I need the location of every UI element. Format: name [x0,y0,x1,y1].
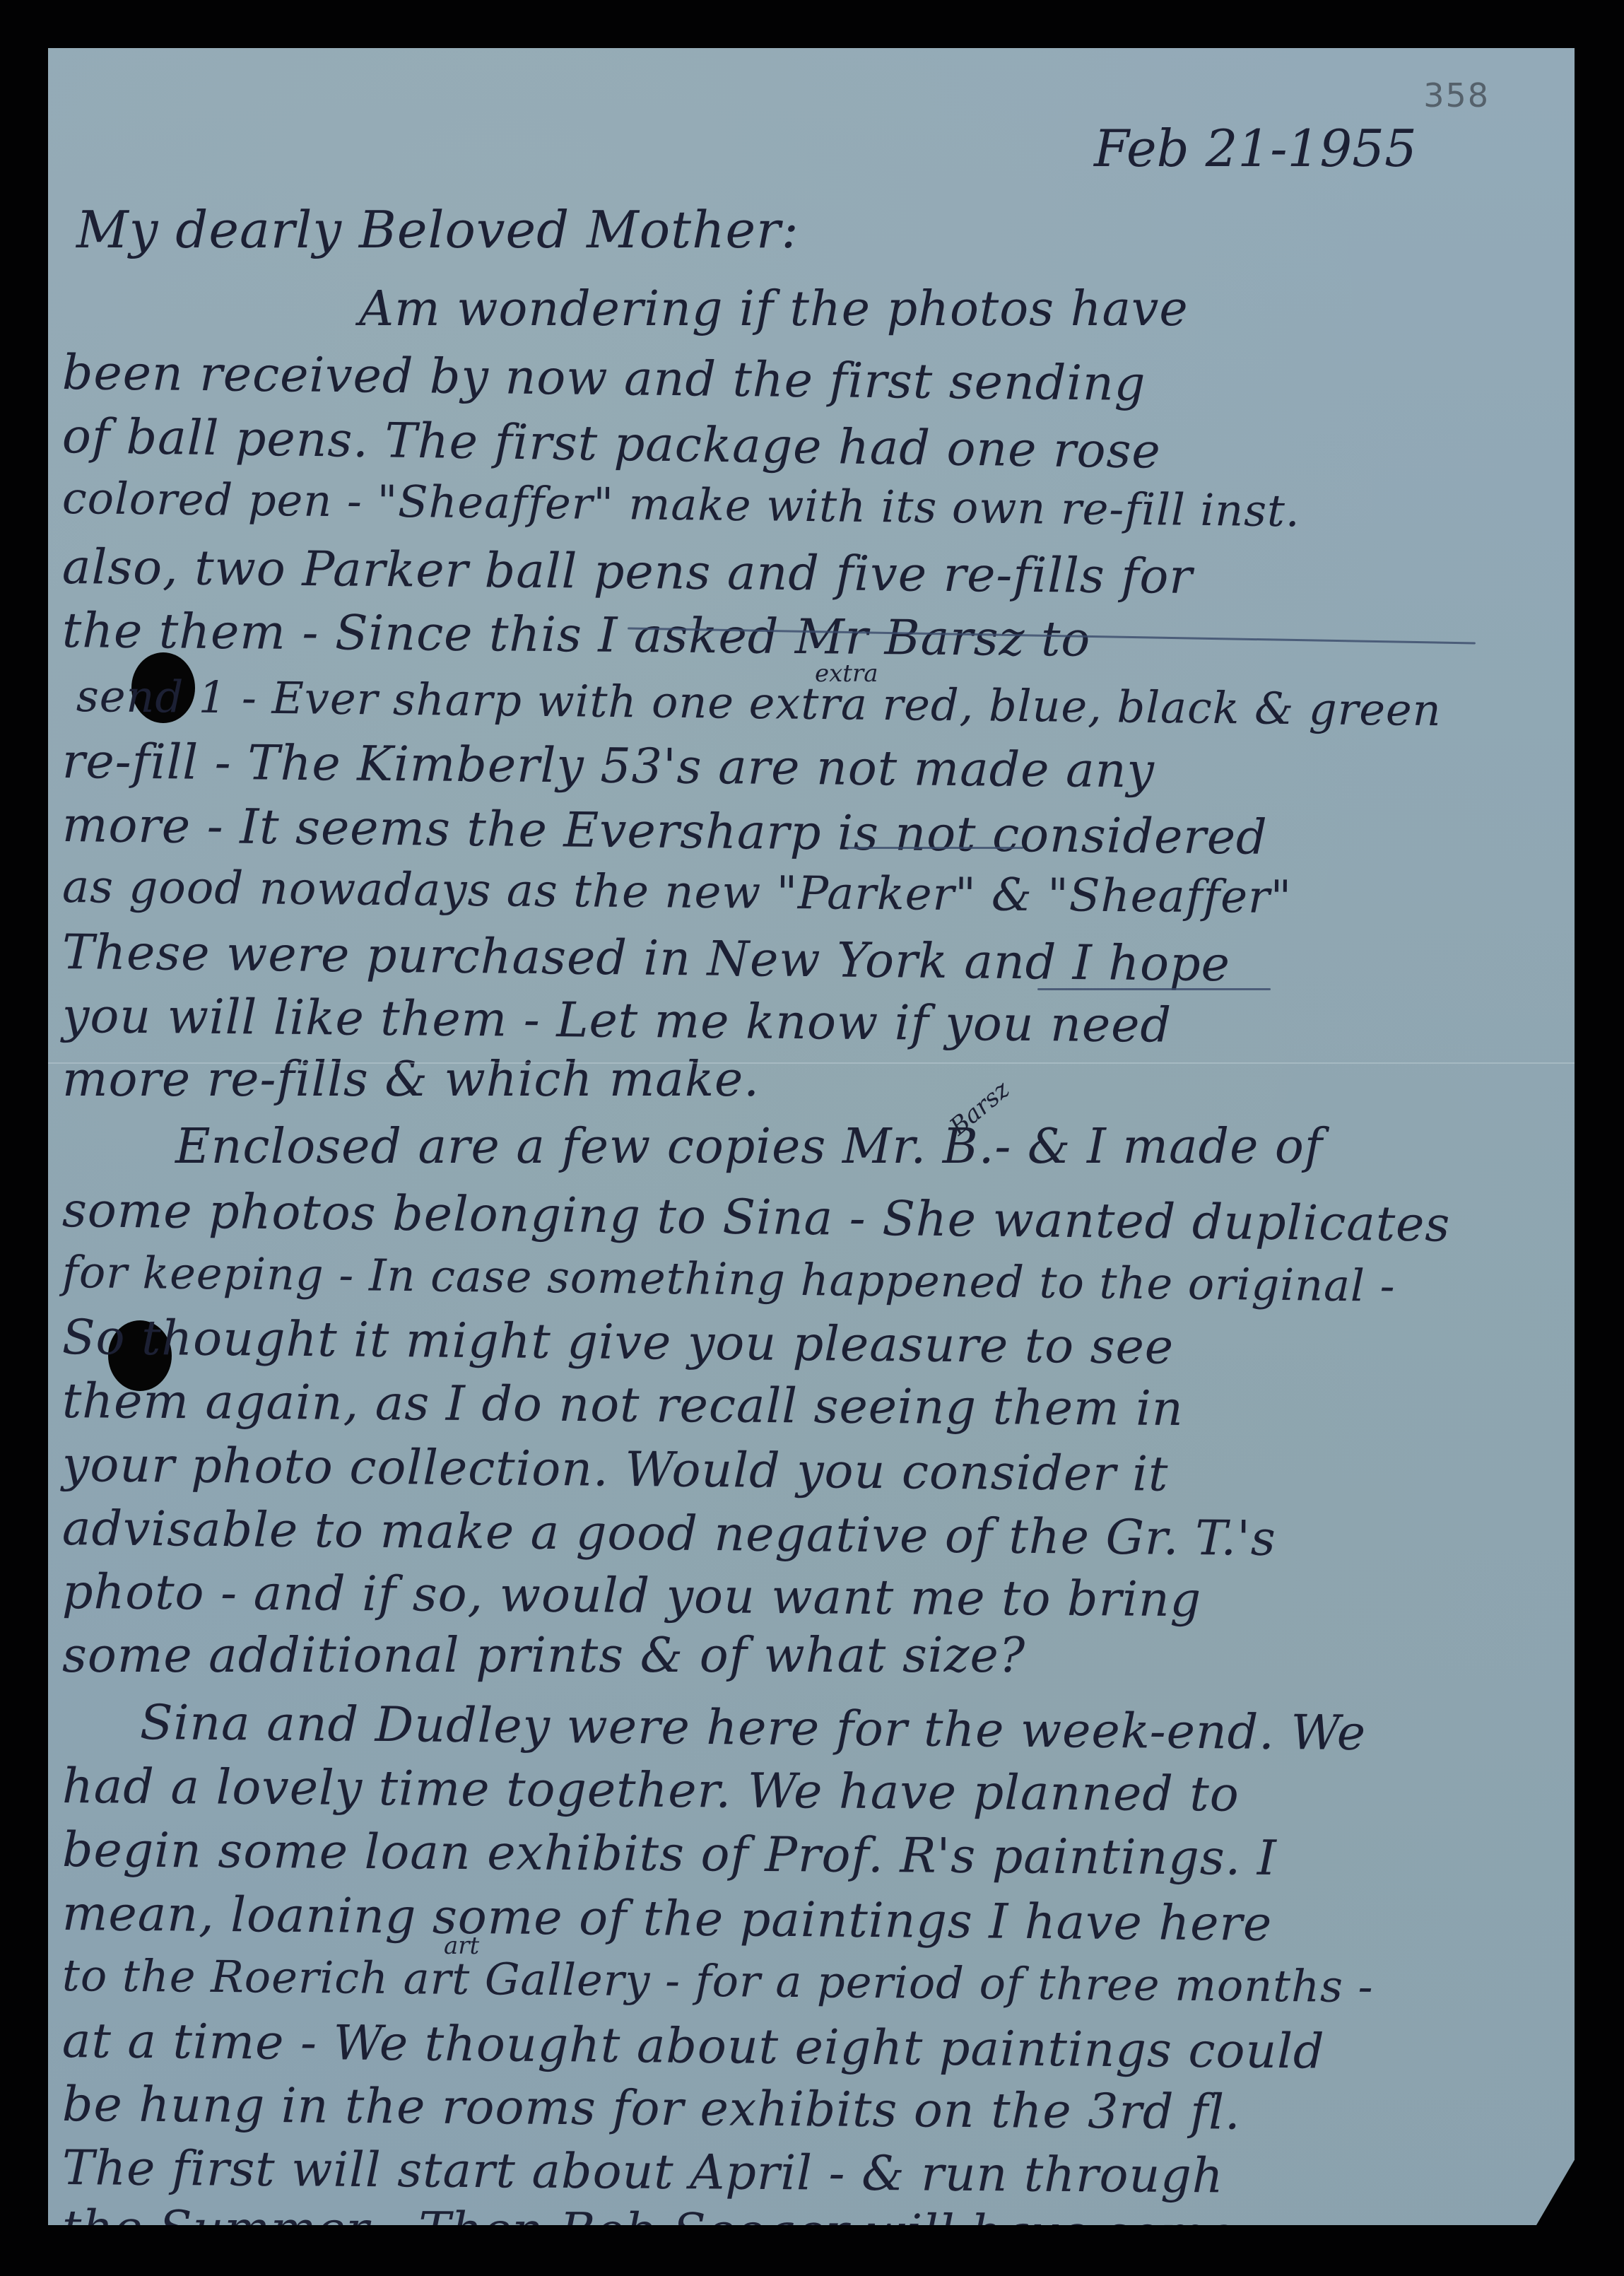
letter-line: also, two Parker ball pens and five re-f… [62,539,1194,605]
letter-line: had a lovely time together. We have plan… [62,1759,1240,1823]
letter-line: Am wondering if the photos have [359,281,1189,337]
letter-line: more - It seems the Eversharp is not con… [62,797,1268,866]
letter-line: re-fill - The Kimberly 53's are not made… [62,734,1155,799]
letter-line: advisable to make a good negative of the… [62,1501,1276,1567]
letter-line: for keeping - In case something happened… [62,1246,1396,1312]
letter-line: some photos belonging to Sina - She want… [62,1183,1451,1253]
letter-body: My dearly Beloved Mother: Am wondering i… [48,48,1575,2225]
letter-line: The first will start about April - & run… [62,2140,1224,2204]
letter-line: begin some loan exhibits of Prof. R's pa… [62,1822,1277,1887]
letter-line: you will like them - Let me know if you … [62,988,1172,1054]
letter-line: of ball pens. The first package had one … [61,409,1161,480]
letter-line: the Summer - Then Bob Seeger will have s… [62,2200,1236,2263]
letter-line: send 1 - Ever sharp with one extra red, … [76,670,1442,736]
letter-line: colored pen - "Sheaffer" make with its o… [62,472,1300,536]
letter-line: more re-fills & which make. [62,1052,760,1108]
letter-line: mean, loaning some of the paintings I ha… [62,1886,1273,1952]
letter-line: your photo collection. Would you conside… [62,1437,1169,1503]
letter-line: be hung in the rooms for exhibits on the… [62,2077,1241,2141]
letter-line: some additional prints & of what size? [62,1628,1025,1684]
letter-line: Sina and Dudley were here for the week-e… [140,1695,1367,1761]
letter-line: These were purchased in New York and I h… [62,925,1231,992]
pencil-underline [1037,988,1271,990]
letter-line: So thought it might give you pleasure to… [62,1310,1175,1375]
salutation: My dearly Beloved Mother: [76,200,799,259]
letter-page: 358 Feb 21-1955 My dearly Beloved Mother… [48,48,1575,2225]
letter-line: Enclosed are a few copies Mr. B.- & I ma… [175,1119,1323,1175]
letter-line: as good nowadays as the new "Parker" & "… [62,861,1293,924]
letter-line: them again, as I do not recall seeing th… [62,1373,1184,1437]
letter-line: the them - Since this I asked Mr Barsz t… [62,603,1091,668]
letter-line: photo - and if so, would you want me to … [62,1564,1202,1628]
letter-line: to the Roerich art Gallery - for a perio… [62,1949,1374,2012]
letter-line: at a time - We thought about eight paint… [62,2013,1325,2080]
pencil-underline [847,847,1023,849]
letter-line: been received by now and the first sendi… [62,345,1146,412]
